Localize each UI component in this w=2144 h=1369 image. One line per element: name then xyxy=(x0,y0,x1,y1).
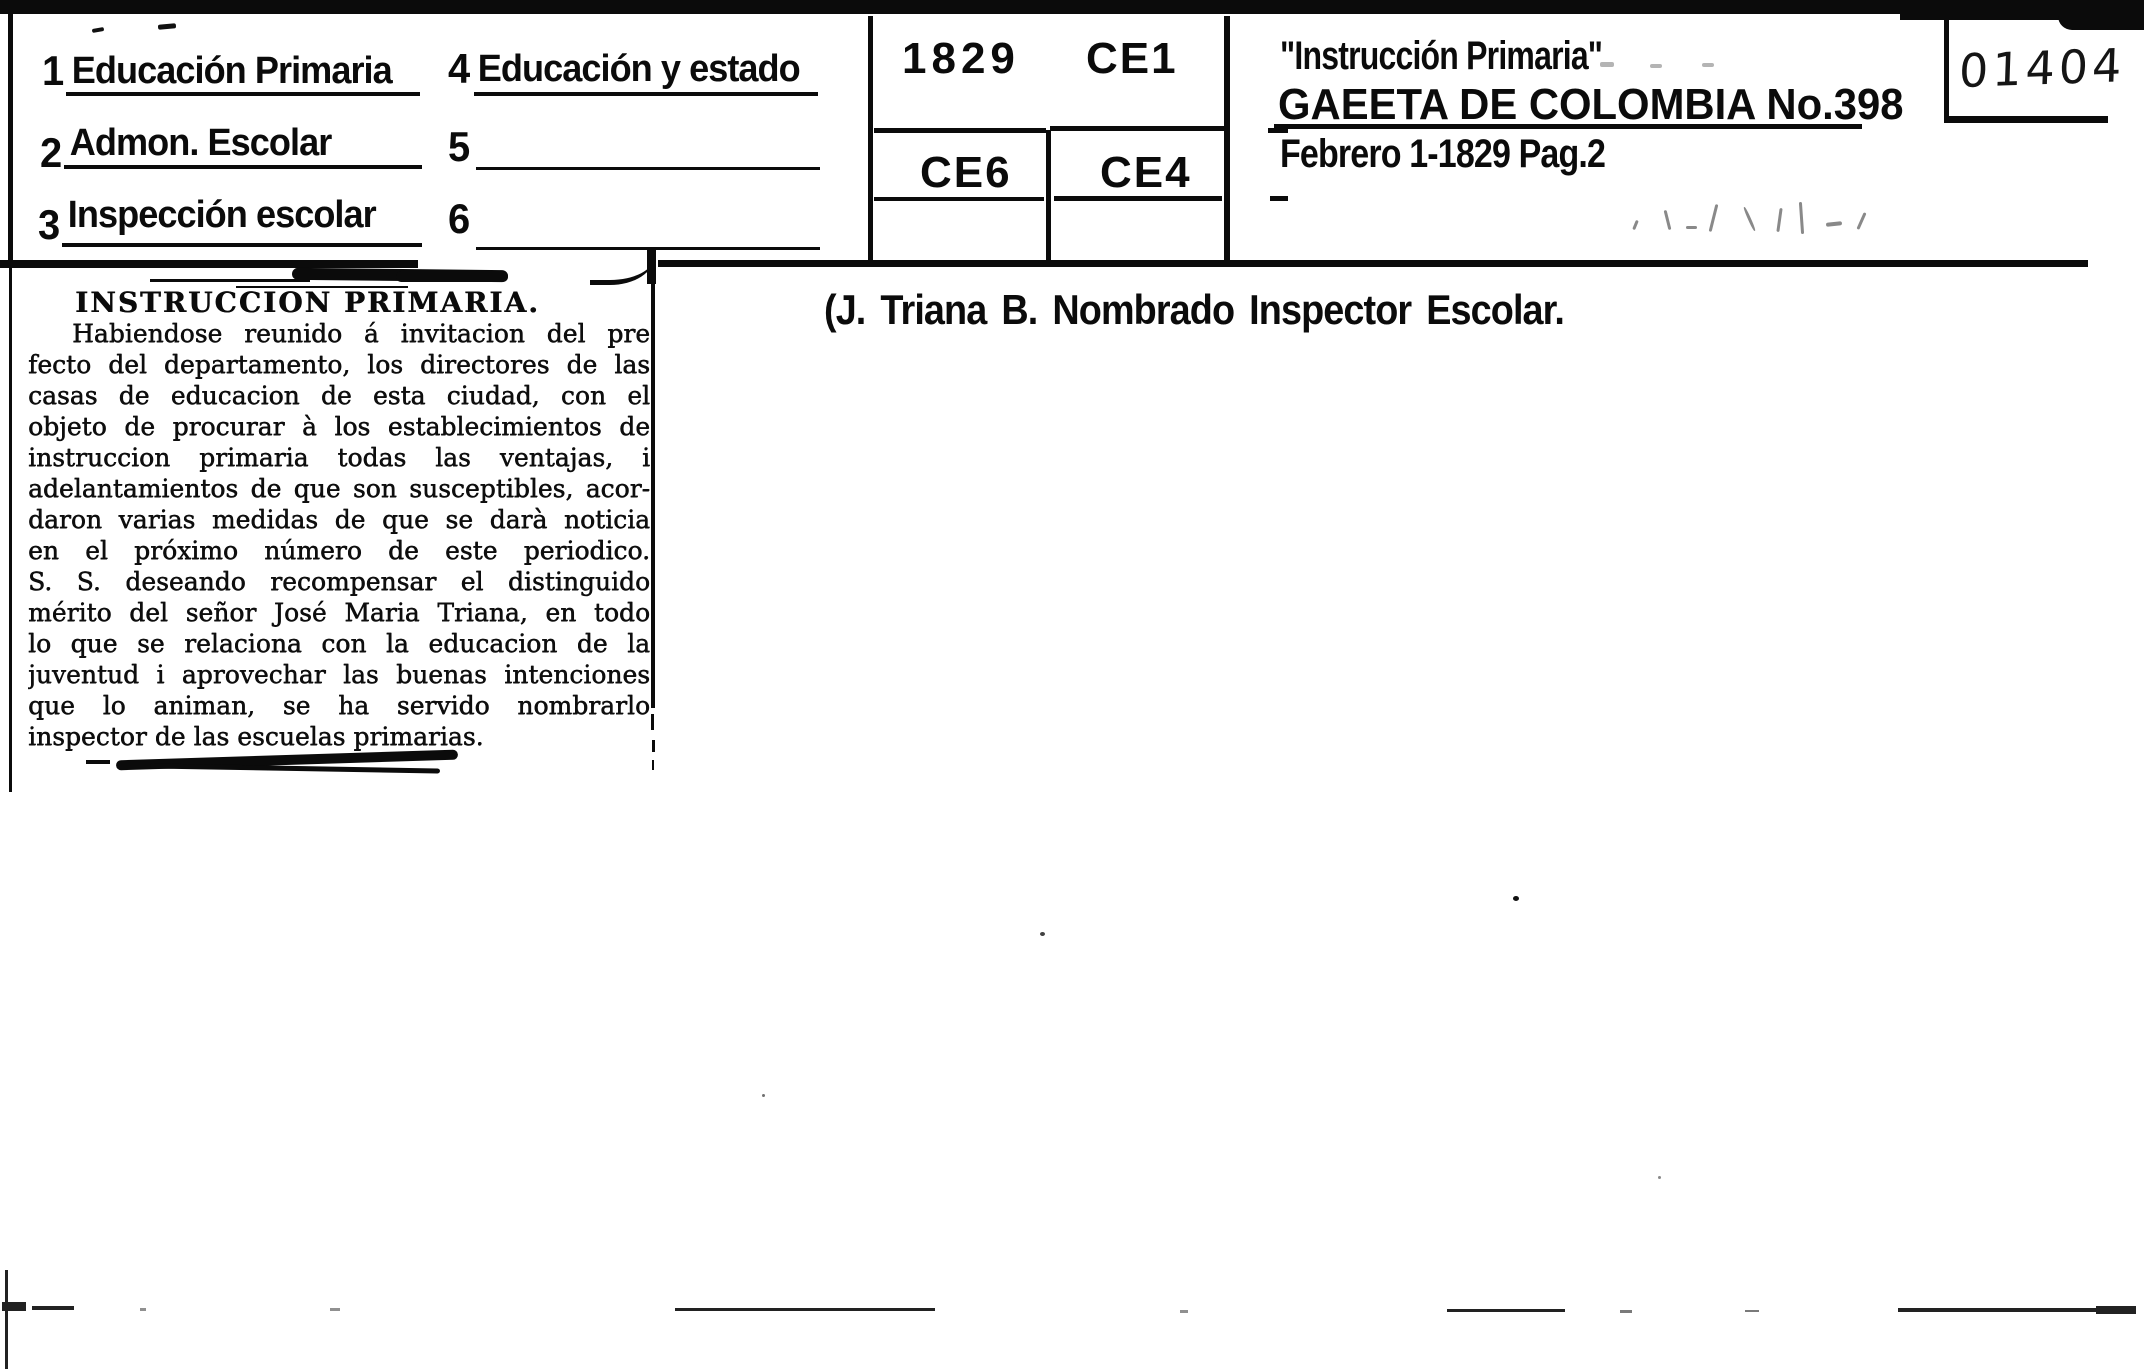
code-table-row-line-a xyxy=(874,128,1046,133)
form-item-number: 3 xyxy=(38,204,60,246)
card-bottom-left-border xyxy=(5,1270,8,1369)
card-bottom-edge xyxy=(1745,1310,1759,1312)
citation-source-underline xyxy=(1274,124,1862,129)
pencil-scribble xyxy=(1628,196,1878,254)
card-bottom-edge xyxy=(675,1308,935,1311)
clipping-line: que lo animan, se ha servido nombrarlo xyxy=(28,690,650,721)
form-underline-3 xyxy=(62,243,422,247)
scan-speck xyxy=(1513,896,1519,901)
table-outer-dash-bottom xyxy=(1270,196,1288,201)
clipping-line: en el próximo número de este periodico. xyxy=(28,535,650,566)
form-item-3: 3 Inspección escolar xyxy=(38,194,376,246)
clipping-thin-rule xyxy=(150,279,310,282)
clipping-line: objeto de procurar à los establecimiento… xyxy=(28,411,650,442)
clipping-line: mérito del señor José Maria Triana, en t… xyxy=(28,597,650,628)
clipping-line: fecto del departamento, los directores d… xyxy=(28,349,650,380)
ref-box-bottom-border xyxy=(1944,116,2108,123)
card-bottom-edge xyxy=(1447,1309,1565,1312)
form-item-number: 6 xyxy=(448,198,470,240)
ref-box-left-border xyxy=(1944,16,1949,120)
card-bottom-edge xyxy=(1620,1310,1632,1313)
code-year: 1829 xyxy=(902,34,1020,84)
citation-title: "Instrucción Primaria" xyxy=(1280,34,1602,79)
scan-speck xyxy=(762,1094,765,1097)
citation-trailing-dot xyxy=(1650,64,1662,68)
code-table-row-line-b xyxy=(1050,126,1224,131)
scan-speck xyxy=(1040,932,1045,936)
scan-curve-mark xyxy=(590,248,654,285)
clipping-right-border xyxy=(651,262,655,708)
form-item-number: 2 xyxy=(40,132,62,174)
card-bottom-edge xyxy=(32,1306,74,1310)
citation-date-page: Febrero 1-1829 Pag.2 xyxy=(1280,132,1605,177)
code-bottom-left: CE6 xyxy=(920,148,1012,198)
clipping-right-border-dash xyxy=(651,714,654,730)
clipping-line: casas de educacion de esta ciudad, con e… xyxy=(28,380,650,411)
card-top-border xyxy=(0,0,2144,14)
form-underline-5 xyxy=(476,167,820,170)
body-annotation: (J. Triana B. Nombrado Inspector Escolar… xyxy=(824,286,1564,334)
form-item-label: Inspección escolar xyxy=(68,196,376,234)
clipping-line: juventud i aprovechar las buenas intenci… xyxy=(28,659,650,690)
form-item-label: Educación y estado xyxy=(478,50,800,88)
form-underline-4 xyxy=(474,92,818,96)
clipping-title: INSTRUCCION PRIMARIA. xyxy=(75,286,515,319)
clipping-line: S. S. deseando recompensar el distinguid… xyxy=(28,566,650,597)
card-bottom-edge xyxy=(330,1308,340,1311)
scan-speck xyxy=(1658,1176,1661,1179)
card-bottom-edge xyxy=(1180,1310,1188,1313)
clipping-line: lo que se relaciona con la educacion de … xyxy=(28,628,650,659)
code-top-right: CE1 xyxy=(1086,34,1178,84)
card-bottom-edge xyxy=(1898,1308,2098,1312)
scan-speck xyxy=(92,27,105,33)
form-item-number: 4 xyxy=(448,48,470,90)
code-bottom-right: CE4 xyxy=(1100,148,1192,198)
clipping-top-smudge-core xyxy=(396,271,508,282)
form-item-4: 4 Educación y estado xyxy=(448,48,800,90)
clipping-end-rule-lead xyxy=(86,760,110,764)
clipping-right-border-dash xyxy=(652,740,655,752)
form-item-5: 5 xyxy=(448,126,478,168)
clipping-line: instruccion primaria todas las ventajas,… xyxy=(28,442,650,473)
card-top-corner-blob xyxy=(2058,0,2144,30)
code-table-left-border xyxy=(868,16,873,262)
card-bottom-edge xyxy=(140,1308,146,1311)
ref-number: 01404 xyxy=(1958,38,2126,98)
header-bottom-rule-left xyxy=(0,260,418,268)
form-item-label: Admon. Escolar xyxy=(70,124,332,162)
form-underline-2 xyxy=(64,165,422,169)
clipping-left-border xyxy=(9,256,12,792)
clipping-right-border-dash xyxy=(652,760,654,770)
card-left-border xyxy=(8,14,13,262)
card-bottom-edge-blob xyxy=(2096,1306,2136,1314)
scan-speck xyxy=(158,23,176,30)
form-underline-1 xyxy=(66,92,420,96)
clipping-line: daron varias medidas de que se darà noti… xyxy=(28,504,650,535)
form-item-number: 5 xyxy=(448,126,470,168)
form-item-6: 6 xyxy=(448,198,478,240)
citation-trailing-dot xyxy=(1600,62,1614,67)
clipping-line: inspector de las escuelas primarias. xyxy=(28,721,650,752)
clipping-end-rule-echo xyxy=(150,763,440,773)
form-item-label: Educación Primaria xyxy=(72,52,392,90)
index-card: 1 Educación Primaria 2 Admon. Escolar 3 … xyxy=(0,0,2144,1369)
card-bottom-left-tick xyxy=(2,1302,26,1311)
code-table-col-divider xyxy=(1046,130,1051,262)
citation-trailing-dot xyxy=(1702,63,1714,67)
clipping-line: Habiendose reunido á invitacion del pre xyxy=(28,318,650,349)
form-item-1: 1 Educación Primaria xyxy=(42,50,392,92)
clipping-line: adelantamientos de que son susceptibles,… xyxy=(28,473,650,504)
citation-source: GAEETA DE COLOMBIA No.398 xyxy=(1278,80,1904,130)
form-underline-6 xyxy=(476,247,820,250)
clipping-paragraph: Habiendose reunido á invitacion del pre … xyxy=(28,318,650,752)
code-table-right-border xyxy=(1224,16,1230,262)
form-item-number: 1 xyxy=(42,50,64,92)
